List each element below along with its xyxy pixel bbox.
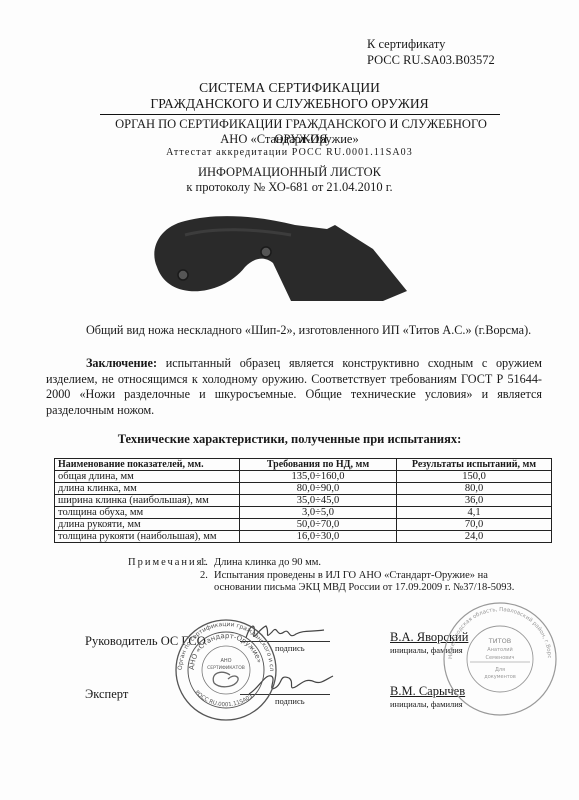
info-sheet-title: ИНФОРМАЦИОННЫЙ ЛИСТОК <box>0 165 579 180</box>
svg-text:АНО: АНО <box>220 658 231 664</box>
signer-role-expert: Эксперт <box>85 687 128 702</box>
result-cell: 150,0 <box>397 471 552 483</box>
protocol-reference: к протоколу № ХО-681 от 21.04.2010 г. <box>0 180 579 195</box>
table-row: длина клинка, мм80,0÷90,080,0 <box>55 483 552 495</box>
signer-name-head: В.А. Яворский <box>390 630 468 645</box>
note-number: 1. <box>200 557 214 570</box>
svg-text:Для: Для <box>495 667 505 673</box>
name-caption-expert: инициалы, фамилия <box>390 699 463 709</box>
notes-label: Примечания: <box>128 557 208 568</box>
knife-description: Общий вид ножа нескладного «Шип-2», изго… <box>46 323 542 339</box>
parameter-cell: длина клинка, мм <box>55 483 240 495</box>
reference-line-1: К сертификату <box>367 36 495 52</box>
table-row: общая длина, мм135,0÷160,0150,0 <box>55 471 552 483</box>
table-header-row: Наименование показателей, мм. Требования… <box>55 459 552 471</box>
svg-text:ТИТОВ: ТИТОВ <box>488 637 511 645</box>
svg-text:Семенович: Семенович <box>486 655 515 661</box>
svg-text:документов: документов <box>484 674 516 680</box>
note-text: Испытания проведены в ИЛ ГО АНО «Стандар… <box>214 570 530 595</box>
column-header-parameter: Наименование показателей, мм. <box>55 459 240 471</box>
requirement-cell: 3,0÷5,0 <box>240 507 397 519</box>
parameter-cell: ширина клинка (наибольшая), мм <box>55 495 240 507</box>
svg-text:Анатолий: Анатолий <box>487 646 512 653</box>
notes-list: 1. Длина клинка до 90 мм. 2. Испытания п… <box>200 557 530 595</box>
parameter-cell: толщина рукояти (наибольшая), мм <box>55 531 240 543</box>
note-item: 1. Длина клинка до 90 мм. <box>200 557 530 570</box>
signature-line-expert <box>240 694 330 695</box>
parameter-cell: толщина обуха, мм <box>55 507 240 519</box>
table-row: длина рукояти, мм50,0÷70,070,0 <box>55 519 552 531</box>
requirement-cell: 16,0÷30,0 <box>240 531 397 543</box>
knife-image <box>145 205 435 305</box>
result-cell: 80,0 <box>397 483 552 495</box>
svg-text:РОСС RU.0001.11SA03: РОСС RU.0001.11SA03 <box>194 690 255 709</box>
table-row: ширина клинка (наибольшая), мм35,0÷45,03… <box>55 495 552 507</box>
result-cell: 24,0 <box>397 531 552 543</box>
note-item: 2. Испытания проведены в ИЛ ГО АНО «Стан… <box>200 570 530 595</box>
certificate-reference: К сертификату РОСС RU.SA03.B03572 <box>367 36 495 68</box>
parameter-cell: общая длина, мм <box>55 471 240 483</box>
organization-name: АНО «Стандарт-Оружие» <box>0 132 579 147</box>
reference-number: РОСС RU.SA03.B03572 <box>367 52 495 68</box>
parameter-cell: длина рукояти, мм <box>55 519 240 531</box>
conclusion-paragraph: Заключение: испытанный образец является … <box>46 356 542 418</box>
requirement-cell: 35,0÷45,0 <box>240 495 397 507</box>
note-text: Длина клинка до 90 мм. <box>214 557 321 570</box>
result-cell: 36,0 <box>397 495 552 507</box>
signer-name-expert: В.М. Сарычев <box>390 684 465 699</box>
system-title-line-1: СИСТЕМА СЕРТИФИКАЦИИ <box>0 80 579 96</box>
column-header-requirements: Требования по НД, мм <box>240 459 397 471</box>
result-cell: 70,0 <box>397 519 552 531</box>
result-cell: 4,1 <box>397 507 552 519</box>
note-number: 2. <box>200 570 214 595</box>
tech-characteristics-title: Технические характеристики, полученные п… <box>0 432 579 447</box>
requirement-cell: 80,0÷90,0 <box>240 483 397 495</box>
signature-line-head <box>240 641 330 642</box>
certification-stamp-icon: АНО СЕРТИФИКАТОВ Орган по сертификации г… <box>172 617 280 723</box>
name-caption-head: инициалы, фамилия <box>390 645 463 655</box>
header-divider <box>100 114 500 115</box>
table-row: толщина обуха, мм3,0÷5,04,1 <box>55 507 552 519</box>
signature-caption-expert: подпись <box>275 696 305 706</box>
requirement-cell: 135,0÷160,0 <box>240 471 397 483</box>
accreditation-line: Аттестат аккредитации РОСС RU.0001.11SA0… <box>0 146 579 159</box>
signature-caption-head: подпись <box>275 643 305 653</box>
signer-role-head: Руководитель ОС ГСО <box>85 634 206 649</box>
svg-text:СЕРТИФИКАТОВ: СЕРТИФИКАТОВ <box>207 665 245 671</box>
spec-table: Наименование показателей, мм. Требования… <box>54 458 552 543</box>
table-row: толщина рукояти (наибольшая), мм16,0÷30,… <box>55 531 552 543</box>
column-header-results: Результаты испытаний, мм <box>397 459 552 471</box>
requirement-cell: 50,0÷70,0 <box>240 519 397 531</box>
system-title-line-2: ГРАЖДАНСКОГО И СЛУЖЕБНОГО ОРУЖИЯ <box>0 96 579 112</box>
conclusion-label: Заключение: <box>86 356 157 370</box>
